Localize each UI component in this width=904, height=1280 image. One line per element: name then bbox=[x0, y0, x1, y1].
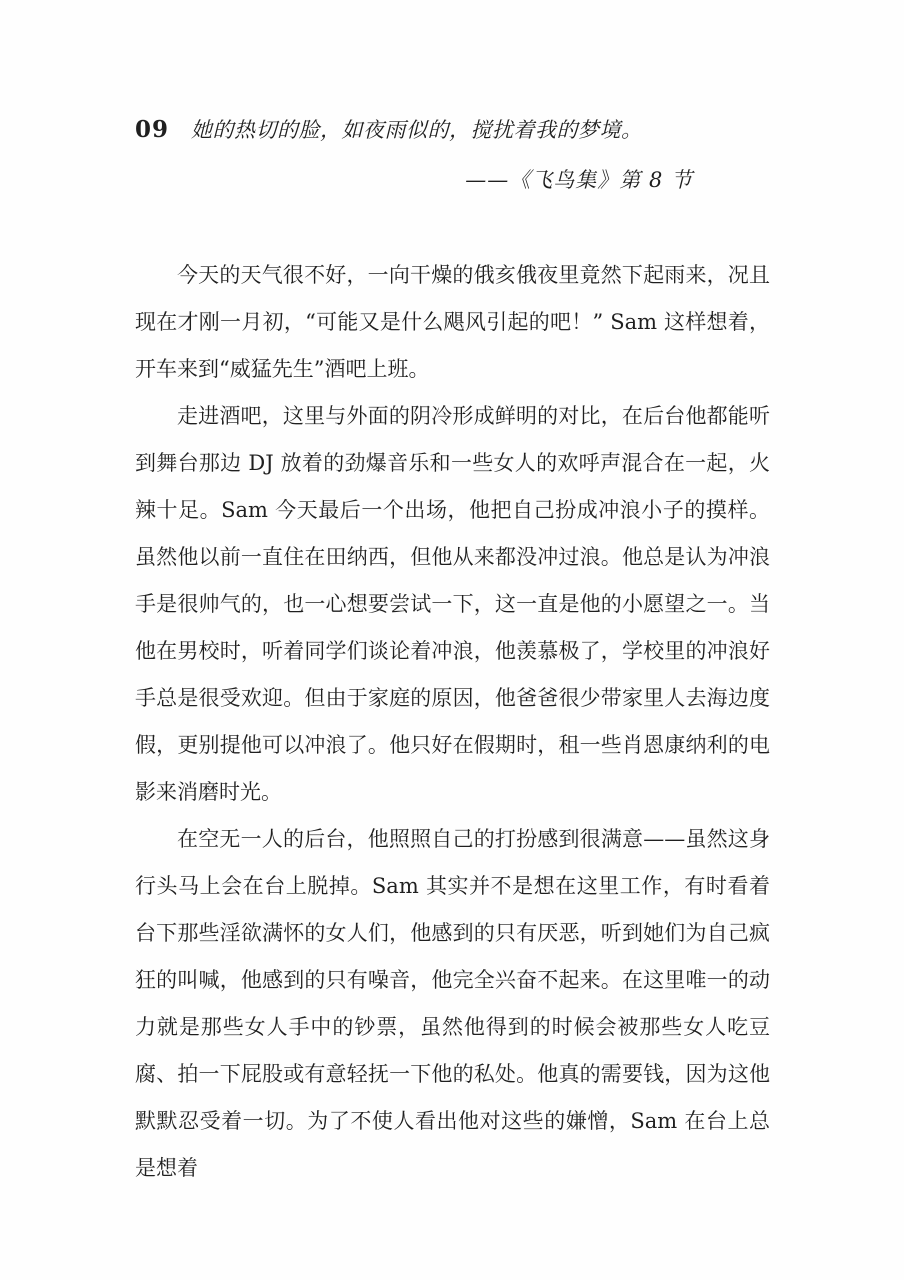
section-header: 09 她的热切的脸，如夜雨似的，搅扰着我的梦境。 bbox=[135, 116, 770, 144]
page-content: 09 她的热切的脸，如夜雨似的，搅扰着我的梦境。 ——《飞鸟集》第 8 节 今天… bbox=[135, 116, 770, 1192]
paragraph: 走进酒吧，这里与外面的阴冷形成鲜明的对比，在后台他都能听到舞台那边 DJ 放着的… bbox=[135, 393, 770, 816]
book-page: 09 她的热切的脸，如夜雨似的，搅扰着我的梦境。 ——《飞鸟集》第 8 节 今天… bbox=[0, 0, 904, 1280]
paragraph: 在空无一人的后台，他照照自己的打扮感到很满意——虽然这身行头马上会在台上脱掉。S… bbox=[135, 816, 770, 1192]
paragraph: 今天的天气很不好，一向干燥的俄亥俄夜里竟然下起雨来，况且现在才刚一月初，“可能又… bbox=[135, 252, 770, 393]
epigraph-quote: 她的热切的脸，如夜雨似的，搅扰着我的梦境。 bbox=[191, 116, 643, 144]
section-number: 09 bbox=[135, 116, 169, 144]
story-text: 今天的天气很不好，一向干燥的俄亥俄夜里竟然下起雨来，况且现在才刚一月初，“可能又… bbox=[135, 252, 770, 1192]
epigraph-attribution: ——《飞鸟集》第 8 节 bbox=[135, 166, 770, 194]
